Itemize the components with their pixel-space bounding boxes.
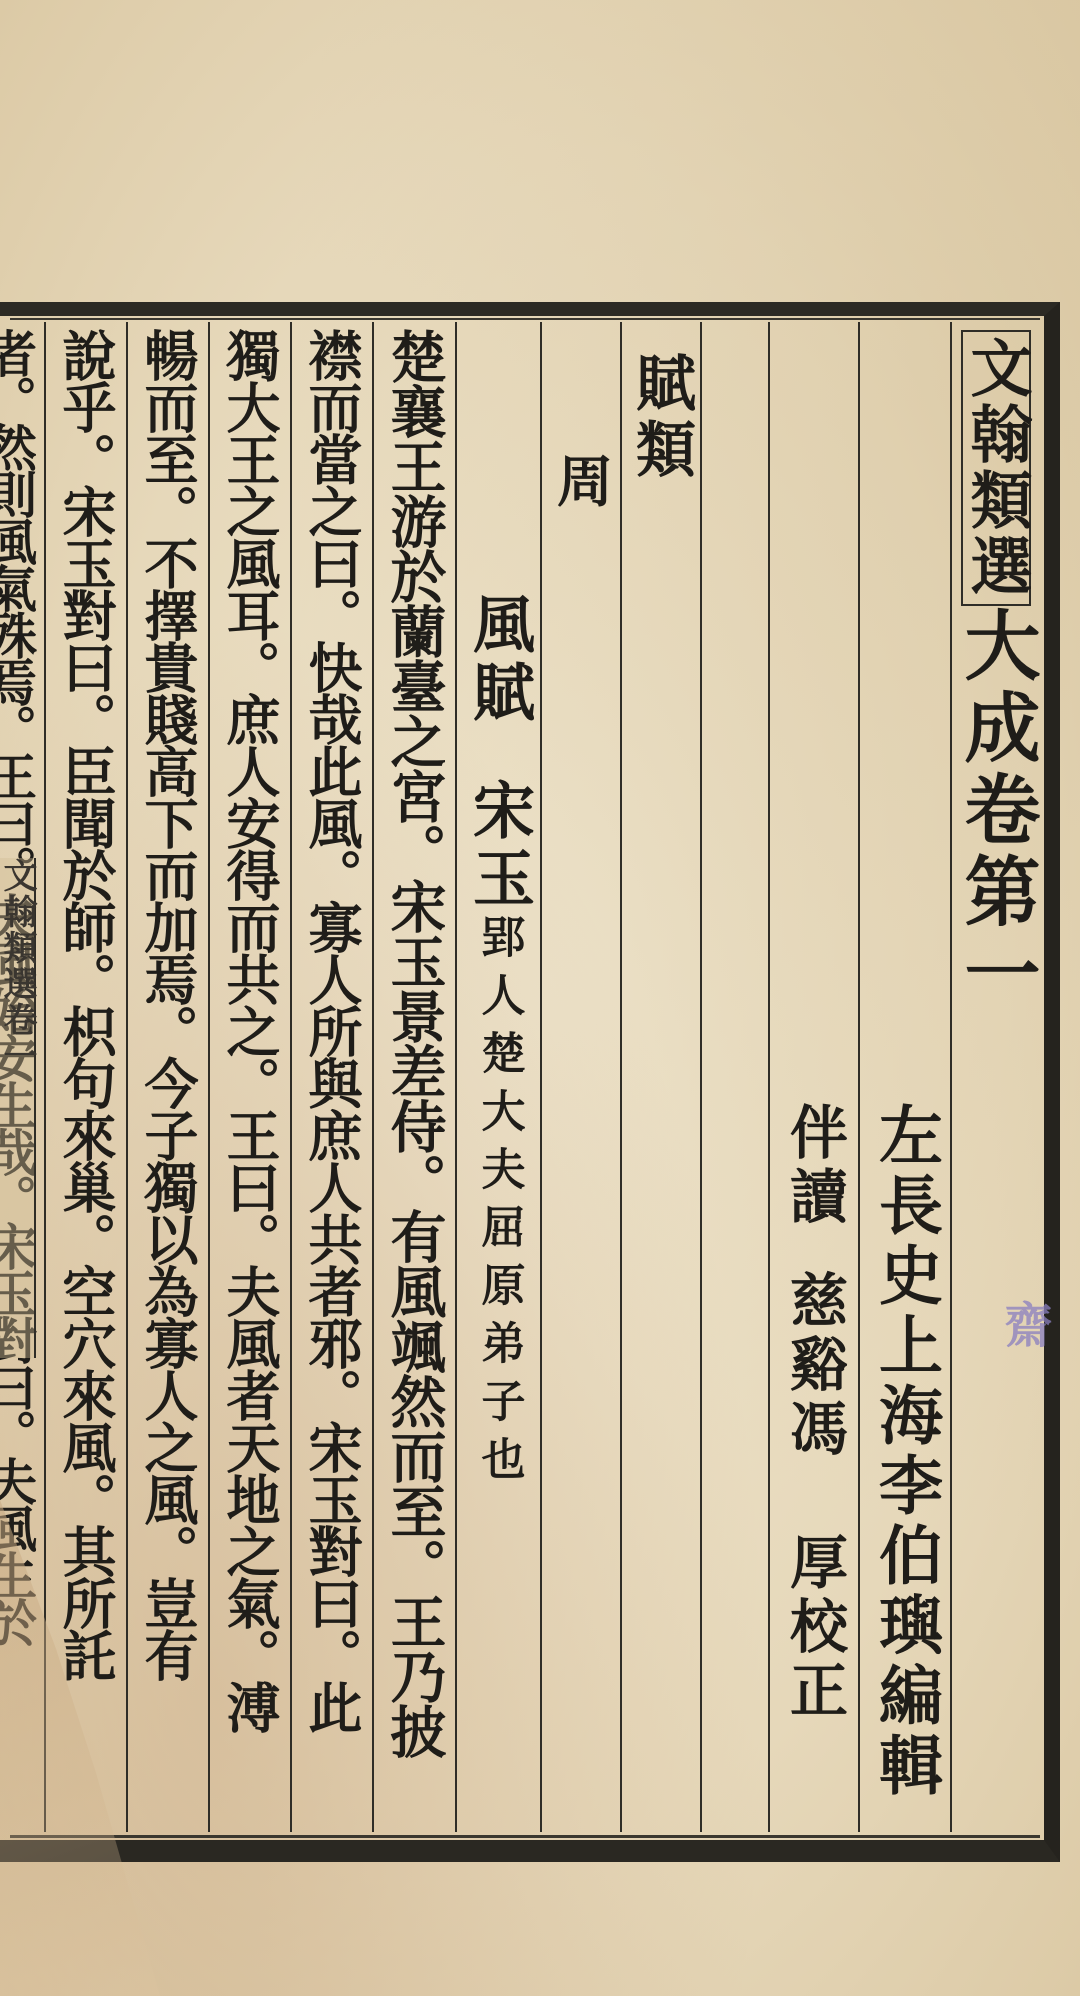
title-boxed-text: 文翰類選 bbox=[965, 336, 1027, 600]
title-boxed: 文翰類選 bbox=[961, 330, 1031, 606]
title-rest-text: 大成卷第一 bbox=[958, 606, 1034, 1016]
editor-name: 上海李伯璵編輯 bbox=[873, 1312, 937, 1802]
text-column-4-content: 暢而至。不擇貴賤高下而加焉。今子獨以為寡人之風。豈有 bbox=[141, 328, 195, 1680]
category-label: 賦類 bbox=[631, 352, 691, 484]
proofreader-suffix: 厚校正 bbox=[785, 1532, 843, 1724]
piece-title: 風賦 bbox=[468, 592, 530, 728]
text-column-3: 獨大王之風耳。庶人安得而共之。王曰。夫風者天地之氣。溥 bbox=[208, 322, 290, 1832]
fold-margin: 文翰類選卷一 bbox=[0, 858, 36, 1358]
text-column-1-content: 楚襄王游於蘭臺之宮。宋玉景差侍。有風颯然而至。王乃披 bbox=[387, 328, 443, 1758]
title-column: 文翰類選 大成卷第一 bbox=[950, 322, 1040, 1832]
text-column-2: 襟而當之曰。快哉此風。寡人所與庶人共者邪。宋玉對曰。此 bbox=[290, 322, 372, 1832]
category-column: 賦類 bbox=[620, 322, 700, 1832]
text-column-3-content: 獨大王之風耳。庶人安得而共之。王曰。夫風者天地之氣。溥 bbox=[223, 328, 277, 1732]
dynasty-label: 周 bbox=[553, 452, 609, 514]
dynasty-column: 周 bbox=[540, 322, 620, 1832]
collector-seal: 齋 bbox=[990, 1300, 1059, 1348]
proofreader-role: 伴讀 bbox=[785, 1102, 843, 1230]
text-column-5-content: 說乎。宋玉對曰。臣聞於師。枳句來巢。空穴來風。其所託 bbox=[59, 328, 113, 1680]
fold-margin-text: 文翰類選卷一 bbox=[0, 858, 34, 1074]
text-column-4: 暢而至。不擇貴賤高下而加焉。今子獨以為寡人之風。豈有 bbox=[126, 322, 208, 1832]
proofreader-column: 伴讀 慈谿馮 厚校正 bbox=[768, 322, 858, 1832]
title-rest: 大成卷第一 bbox=[958, 606, 1034, 1016]
piece-author: 宋玉 bbox=[468, 778, 530, 914]
text-column-2-content: 襟而當之曰。快哉此風。寡人所與庶人共者邪。宋玉對曰。此 bbox=[305, 328, 359, 1732]
text-column-5: 說乎。宋玉對曰。臣聞於師。枳句來巢。空穴來風。其所託 bbox=[44, 322, 126, 1832]
piece-author-note: 郢人楚大夫屈原弟子也 bbox=[477, 914, 521, 1494]
piece-heading-column: 風賦 宋玉 郢人楚大夫屈原弟子也 bbox=[455, 322, 540, 1832]
editor-column: 左長史 上海李伯璵編輯 bbox=[858, 322, 950, 1832]
text-column-1: 楚襄王游於蘭臺之宮。宋玉景差侍。有風颯然而至。王乃披 bbox=[372, 322, 455, 1832]
proofreader-name: 慈谿馮 bbox=[785, 1270, 843, 1462]
editor-role: 左長史 bbox=[873, 1102, 937, 1312]
blank-column bbox=[700, 322, 768, 1832]
